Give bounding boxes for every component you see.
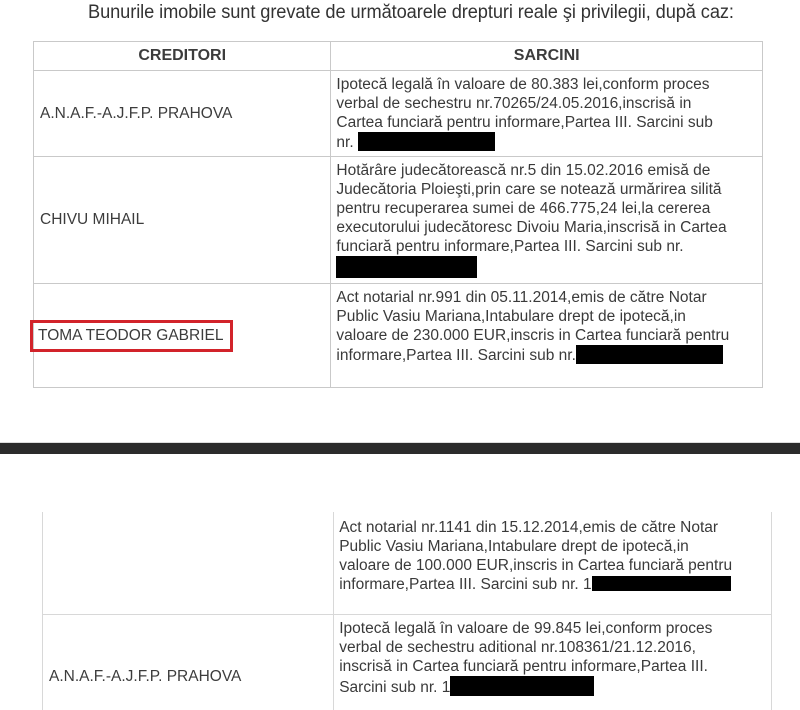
sarcina-line: verbal de sechestru aditional nr.108361/… — [339, 638, 765, 657]
redaction-bar — [592, 576, 731, 591]
sarcina-line: Cartea funciară pentru informare,Partea … — [336, 113, 756, 132]
sarcina-line: informare,Partea III. Sarcini sub nr. — [336, 347, 576, 364]
sarcina-line: Ipotecă legală în valoare de 80.383 lei,… — [336, 75, 756, 94]
table-row: Act notarial nr.1141 din 15.12.2014,emis… — [43, 512, 772, 614]
sarcina-line: verbal de sechestru nr.70265/24.05.2016,… — [336, 94, 756, 113]
redaction-bar — [358, 132, 495, 151]
creditor-cell: A.N.A.F.-A.J.F.P. PRAHOVA — [34, 71, 331, 157]
sarcina-line: informare,Partea III. Sarcini sub nr. 1 — [339, 576, 591, 593]
header-sarcini: SARCINI — [331, 42, 763, 71]
creditor-cell: CHIVU MIHAIL — [34, 157, 331, 284]
sarcina-line: inscrisă in Cartea funciară pentru infor… — [339, 657, 765, 676]
page-divider — [0, 442, 800, 454]
creditor-cell: A.N.A.F.-A.J.F.P. PRAHOVA — [43, 614, 334, 710]
table-row: CHIVU MIHAIL Hotărâre judecătorească nr.… — [34, 157, 763, 284]
creditor-cell — [43, 512, 334, 614]
sarcina-line: Act notarial nr.991 din 05.11.2014,emis … — [336, 288, 756, 307]
sarcina-cell: Ipotecă legală în valoare de 99.845 lei,… — [334, 614, 772, 710]
table-row: A.N.A.F.-A.J.F.P. PRAHOVA Ipotecă legală… — [34, 71, 763, 157]
sarcina-line: Act notarial nr.1141 din 15.12.2014,emis… — [339, 518, 765, 537]
sarcina-line: valoare de 230.000 EUR,inscris in Cartea… — [336, 326, 756, 345]
creditor-cell: TOMA TEODOR GABRIEL — [34, 284, 331, 388]
sarcina-line: funciară pentru informare,Partea III. Sa… — [336, 237, 756, 256]
sarcina-cell: Act notarial nr.991 din 05.11.2014,emis … — [331, 284, 763, 388]
redaction-bar — [450, 676, 594, 696]
highlighted-creditor: TOMA TEODOR GABRIEL — [30, 320, 233, 352]
encumbrances-table-bottom: Act notarial nr.1141 din 15.12.2014,emis… — [42, 512, 772, 710]
sarcina-line: nr. — [336, 134, 353, 151]
sarcina-line: valoare de 100.000 EUR,inscris in Cartea… — [339, 556, 765, 575]
intro-sentence: Bunurile imobile sunt grevate de următoa… — [88, 2, 772, 24]
table-header-row: CREDITORI SARCINI — [34, 42, 763, 71]
encumbrances-table-top: CREDITORI SARCINI A.N.A.F.-A.J.F.P. PRAH… — [33, 41, 763, 388]
sarcina-line: Public Vasiu Mariana,Intabulare drept de… — [336, 307, 756, 326]
header-creditori: CREDITORI — [34, 42, 331, 71]
sarcina-line: pentru recuperarea sumei de 466.775,24 l… — [336, 199, 756, 218]
sarcina-line: Hotărâre judecătorească nr.5 din 15.02.2… — [336, 161, 756, 180]
sarcina-cell: Hotărâre judecătorească nr.5 din 15.02.2… — [331, 157, 763, 284]
sarcina-line: Public Vasiu Mariana,Intabulare drept de… — [339, 537, 765, 556]
sarcina-line: Judecătoria Ploieşti,prin care se noteaz… — [336, 180, 756, 199]
table-row: A.N.A.F.-A.J.F.P. PRAHOVA Ipotecă legală… — [43, 614, 772, 710]
table-row: TOMA TEODOR GABRIEL Act notarial nr.991 … — [34, 284, 763, 388]
sarcina-cell: Ipotecă legală în valoare de 80.383 lei,… — [331, 71, 763, 157]
sarcina-line: Sarcini sub nr. 1 — [339, 679, 450, 696]
sarcina-line: executorului judecătoresc Divoiu Maria,i… — [336, 218, 756, 237]
sarcina-line: Ipotecă legală în valoare de 99.845 lei,… — [339, 619, 765, 638]
redaction-bar — [336, 256, 477, 278]
redaction-bar — [576, 345, 723, 364]
sarcina-cell: Act notarial nr.1141 din 15.12.2014,emis… — [334, 512, 772, 614]
